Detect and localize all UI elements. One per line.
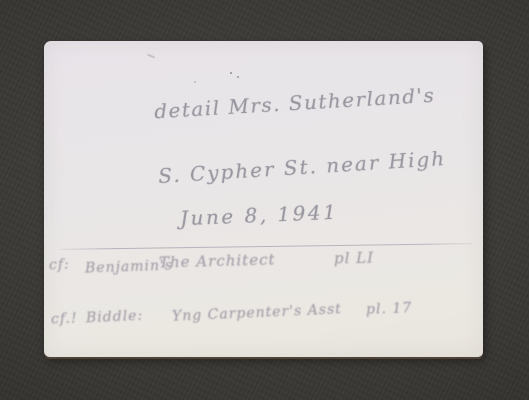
reference2-prefix: cf.! bbox=[51, 311, 78, 328]
reference1-plate: pl LI bbox=[334, 249, 374, 268]
pencil-rule-line bbox=[60, 243, 472, 250]
reference2-source: Biddle: bbox=[86, 308, 144, 326]
reference2-plate: pl. 17 bbox=[366, 300, 413, 318]
reference2-title: Yng Carpenter's Asst bbox=[172, 301, 342, 324]
reference1-title: The Architect bbox=[159, 250, 276, 271]
handwritten-line-address: S. Cypher St. near High bbox=[158, 146, 447, 188]
reference1-prefix: cf: bbox=[49, 257, 70, 274]
card-speck-dash bbox=[147, 53, 155, 58]
photo-mount-background: detail Mrs. Sutherland's S. Cypher St. n… bbox=[0, 0, 529, 400]
handwritten-line-date: June 8, 1941 bbox=[180, 200, 339, 231]
card-speck-dots bbox=[230, 72, 232, 74]
handwritten-line-detail: detail Mrs. Sutherland's bbox=[154, 83, 436, 124]
note-card: detail Mrs. Sutherland's S. Cypher St. n… bbox=[44, 41, 483, 357]
